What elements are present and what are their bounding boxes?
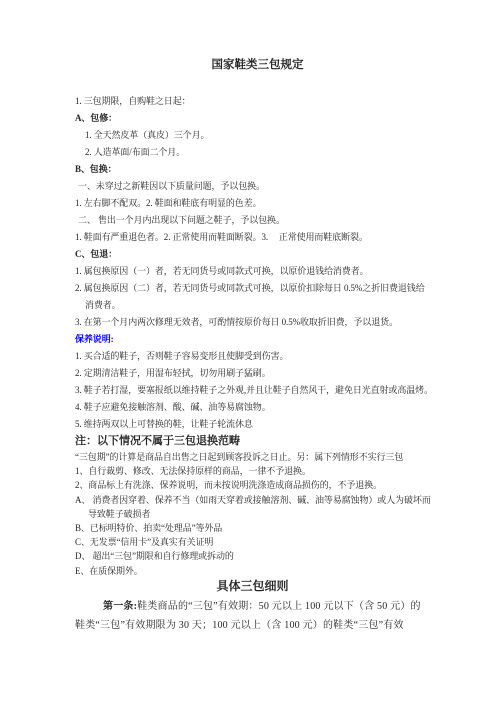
text-run: 鞋类商品的“三包”有效期：50 元以上 100 元以下（含 50 元）的 [137, 601, 421, 612]
doc-line: 2、商品标上有洗涤、保养说明，而未按说明洗涤造成商品损伤的，不予退换。 [75, 478, 440, 492]
doc-line: 1. 全天然皮革（真皮）三个月。 [75, 127, 440, 144]
document-title: 国家鞋类三包规定 [75, 58, 440, 73]
doc-line: B、包换： [75, 161, 440, 178]
text-run: “三包期”的计算是商品自出售之日起到顾客投诉之日止。另：属下列情形不实行三包 [75, 452, 403, 462]
doc-line: 具体三包细则 [75, 578, 430, 595]
text-run: 3. 在第一个月内两次修理无效者，可酌情按原价每日 0.5%收取折旧费，予以退货… [75, 317, 398, 327]
doc-line: 1、自行裁剪、修改、无法保持原样的商品，一律不予退换。 [75, 464, 440, 478]
document-page: 国家鞋类三包规定 1. 三包期限，自购鞋之日起：A、包修：1. 全天然皮革（真皮… [0, 0, 496, 702]
doc-line: 二、 售出一个月内出现以下问题之鞋子，予以包换。 [75, 212, 440, 229]
doc-line: 1. 鞋面有严重退色者。2. 正常使用而鞋面断裂。3. 正常使用而鞋底断裂。 [75, 229, 440, 246]
doc-line: 4. 鞋子应避免接触溶剂、酸、碱、油等易腐蚀物。 [75, 399, 440, 416]
doc-line: 第一条:鞋类商品的“三包”有效期：50 元以上 100 元以下（含 50 元）的 [75, 597, 440, 616]
doc-line: 1. 买合适的鞋子，否则鞋子容易变形且使脚受到伤害。 [75, 348, 440, 365]
text-run: 1. 买合适的鞋子，否则鞋子容易变形且使脚受到伤害。 [75, 351, 288, 361]
text-run: 第一条: [103, 601, 137, 612]
care-instructions-label: 保养说明: [75, 334, 114, 344]
doc-line: 1. 属包换原因（一）者，若无同货号或同款式可换，以原价退钱给消费者。 [75, 263, 440, 280]
text-run: A、包修： [75, 113, 117, 123]
doc-line: 2. 属包换原因（二）者，若无同货号或同款式可换，以原价扣除每日 0.5%之折旧… [75, 280, 440, 297]
text-run: 1. 属包换原因（一）者，若无同货号或同款式可换，以原价退钱给消费者。 [75, 266, 369, 276]
doc-line: 保养说明: [75, 331, 440, 348]
doc-line: C、无发票“信用卡”及真实有关证明 [75, 535, 440, 549]
text-run: 1. 鞋面有严重退色者。2. 正常使用而鞋面断裂。3. 正常使用而鞋底断裂。 [75, 232, 368, 242]
doc-line: 3. 在第一个月内两次修理无效者，可酌情按原价每日 0.5%收取折旧费，予以退货… [75, 314, 440, 331]
text-run: C、无发票“信用卡”及真实有关证明 [75, 537, 213, 547]
doc-line: 2. 定期清洁鞋子，用湿布轻拭，切勿用刷子猛刷。 [75, 365, 440, 382]
document-content: 国家鞋类三包规定 1. 三包期限，自购鞋之日起：A、包修：1. 全天然皮革（真皮… [0, 0, 496, 635]
text-run: 2、商品标上有洗涤、保养说明，而未按说明洗涤造成商品损伤的，不予退换。 [75, 480, 382, 490]
text-run: 二、 售出一个月内出现以下问题之鞋子，予以包换。 [78, 215, 285, 225]
text-run: A、 消费者因穿着、保养不当（如雨天穿着或接触溶剂、碱、油等易腐蚀物）或人为破坏… [75, 495, 431, 505]
text-run: 2. 属包换原因（二）者，若无同货号或同款式可换，以原价扣除每日 0.5%之折旧… [75, 283, 425, 293]
doc-line: 导致鞋子破损者 [75, 507, 440, 521]
doc-line: 注：以下情况不属于三包退换范畴 [75, 433, 440, 450]
text-run: 1. 左右脚不配双。2. 鞋面和鞋底有明显的色差。 [75, 198, 262, 208]
doc-line: 3. 鞋子若打湿，要塞报纸以维持鞋子之外观,并且让鞋子自然风干，避免日光直射或高… [75, 382, 440, 399]
text-run: 1. 全天然皮革（真皮）三个月。 [85, 130, 209, 140]
doc-line: 一、未穿过之新鞋因以下质量问题，予以包换。 [75, 178, 440, 195]
text-run: 消费者。 [85, 300, 121, 310]
doc-line: 鞋类“三包”有效期限为 30 天；100 元以上（含 100 元）的鞋类“三包”… [75, 616, 440, 635]
doc-line: D、 超出“三包”期限和自行修理或拆动的 [75, 549, 440, 563]
text-run: E、在质保期外。 [75, 566, 143, 576]
text-run: 4. 鞋子应避免接触溶剂、酸、碱、油等易腐蚀物。 [75, 402, 271, 412]
text-run: 一、未穿过之新鞋因以下质量问题，予以包换。 [78, 181, 265, 191]
text-run: 具体三包细则 [216, 579, 288, 593]
text-run: 1、自行裁剪、修改、无法保持原样的商品，一律不予退换。 [75, 466, 311, 476]
doc-line: E、在质保期外。 [75, 564, 440, 578]
document-body: 1. 三包期限，自购鞋之日起：A、包修：1. 全天然皮革（真皮）三个月。2. 人… [75, 93, 440, 635]
doc-line: B、已标明特价、拍卖“处理品”等外品 [75, 521, 440, 535]
text-run: 2. 人造革面/布面二个月。 [85, 147, 185, 157]
doc-line: “三包期”的计算是商品自出售之日起到顾客投诉之日止。另：属下列情形不实行三包 [75, 450, 440, 464]
text-run: 3. 鞋子若打湿，要塞报纸以维持鞋子之外观,并且让鞋子自然风干，避免日光直射或高… [75, 385, 433, 395]
text-run: B、已标明特价、拍卖“处理品”等外品 [75, 523, 222, 533]
doc-line: 5. 维持两双以上可替换的鞋，让鞋子轮流休息 [75, 416, 440, 433]
text-run: 鞋类“三包”有效期限为 30 天；100 元以上（含 100 元）的鞋类“三包”… [75, 620, 404, 631]
text-run: 导致鞋子破损者 [88, 509, 150, 519]
doc-line: A、 消费者因穿着、保养不当（如雨天穿着或接触溶剂、碱、油等易腐蚀物）或人为破坏… [75, 493, 440, 507]
doc-line: 2. 人造革面/布面二个月。 [75, 144, 440, 161]
text-run: B、包换： [75, 164, 117, 174]
text-run: 5. 维持两双以上可替换的鞋，让鞋子轮流休息 [75, 419, 253, 429]
text-run: 注：以下情况不属于三包退换范畴 [75, 435, 240, 447]
text-run: 2. 定期清洁鞋子，用湿布轻拭，切勿用刷子猛刷。 [75, 368, 271, 378]
doc-line: C、包退： [75, 246, 440, 263]
doc-line: 1. 左右脚不配双。2. 鞋面和鞋底有明显的色差。 [75, 195, 440, 212]
doc-line: 消费者。 [75, 297, 440, 314]
doc-line: 1. 三包期限，自购鞋之日起： [75, 93, 440, 110]
doc-line: A、包修： [75, 110, 440, 127]
text-run: 1. 三包期限，自购鞋之日起： [75, 96, 191, 106]
text-run: C、包退： [75, 249, 117, 259]
text-run: D、 超出“三包”期限和自行修理或拆动的 [75, 551, 234, 561]
